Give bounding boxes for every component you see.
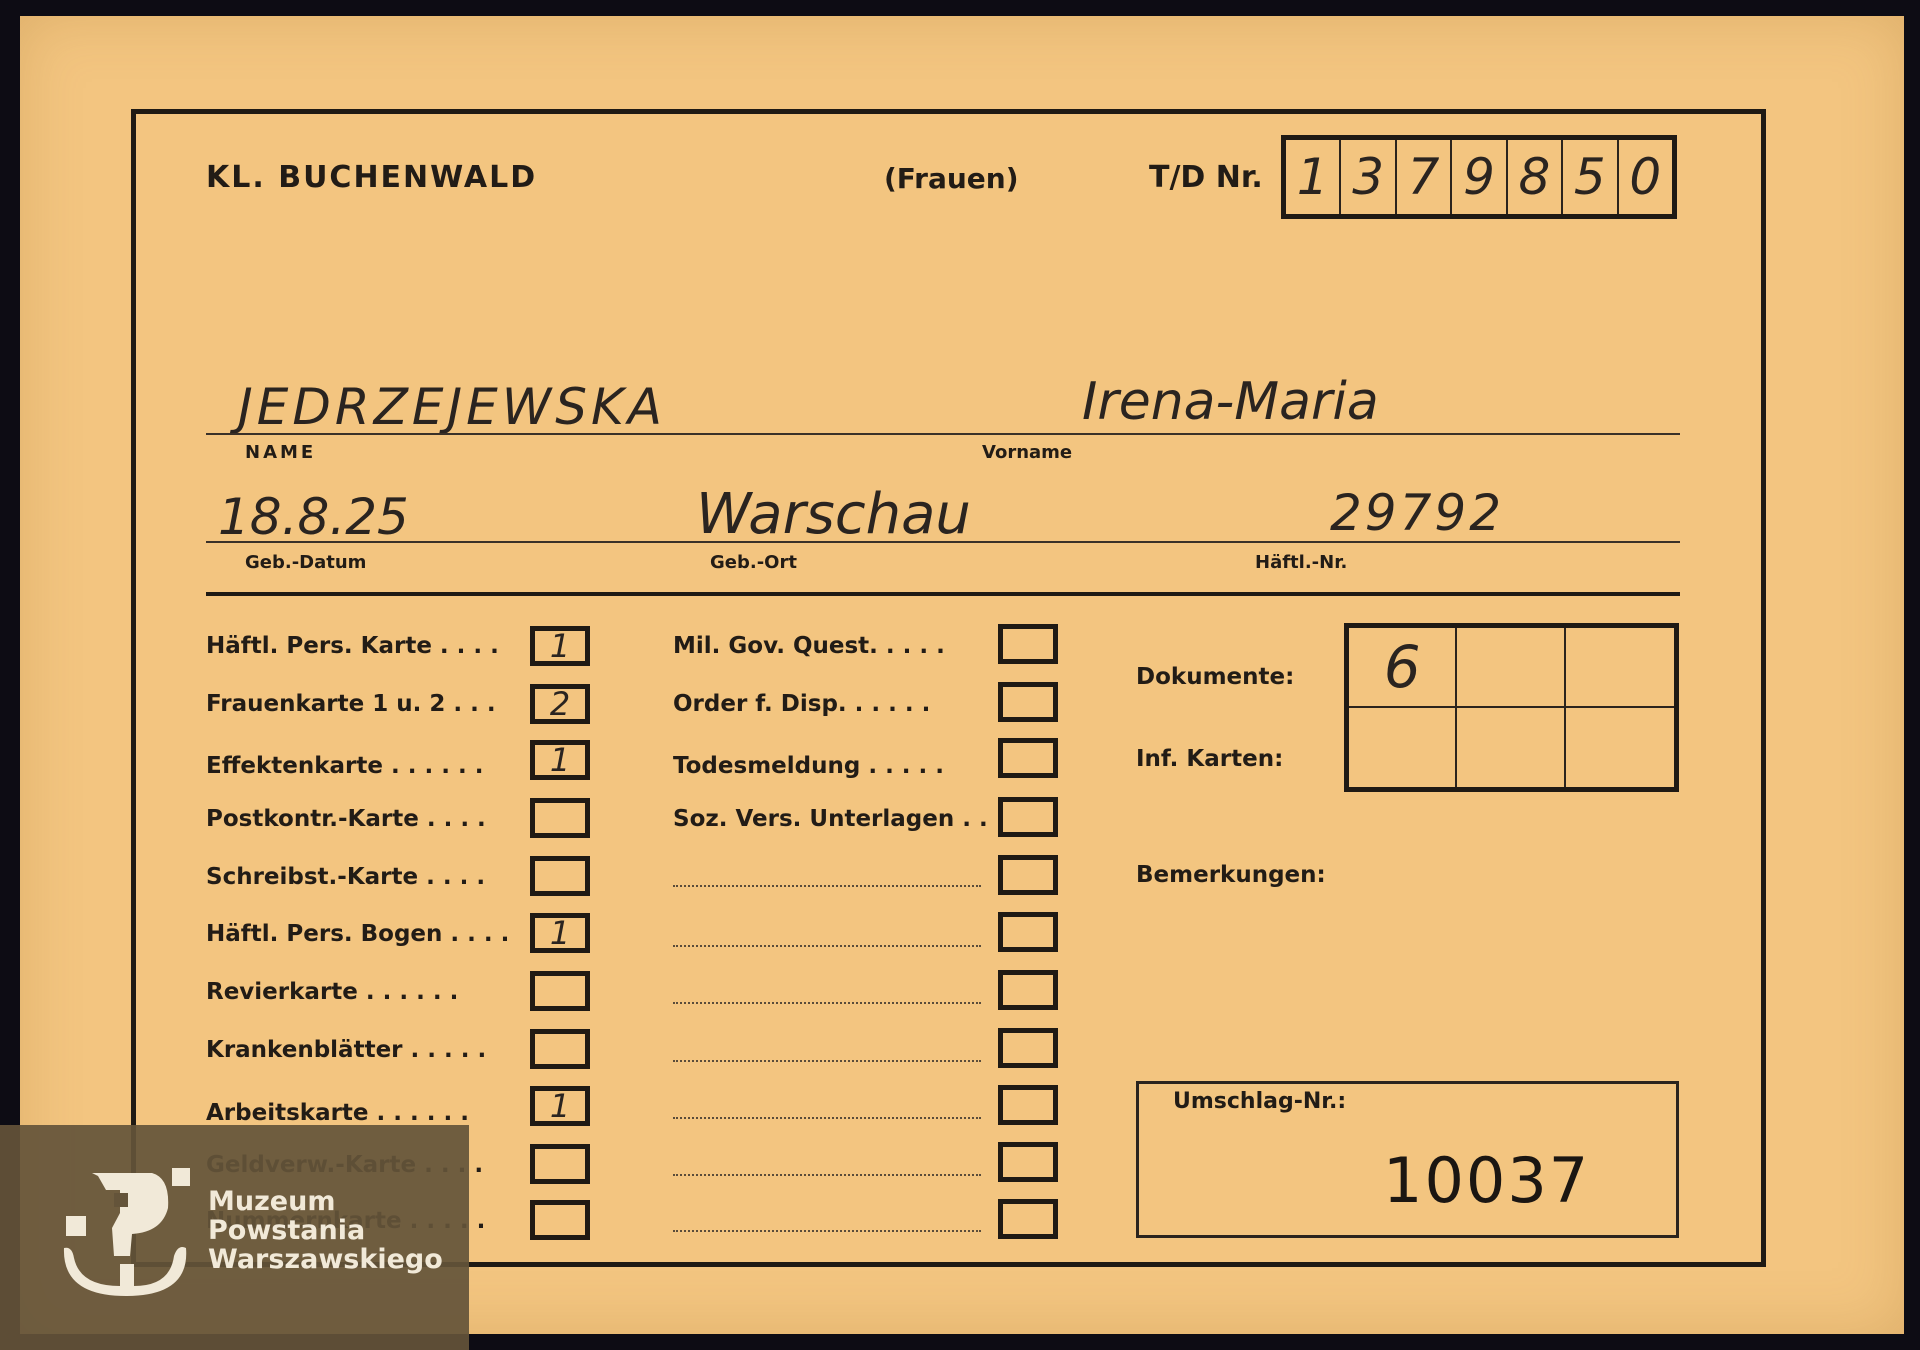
- envelope-number-label: Umschlag-Nr.:: [1173, 1089, 1346, 1114]
- item-count-box: [530, 798, 590, 838]
- item-count-box: 2: [530, 684, 590, 724]
- surname-label: NAME: [245, 442, 316, 463]
- item-label: Order f. Disp. . . . . .: [673, 691, 930, 717]
- blank-entry-line: [673, 945, 981, 947]
- item-count-box: 1: [530, 740, 590, 780]
- item-label: Revierkarte . . . . . .: [206, 979, 458, 1005]
- item-count-box: [530, 971, 590, 1011]
- td-digit: 5: [1563, 140, 1618, 214]
- td-digit: 8: [1508, 140, 1563, 214]
- item-label: Mil. Gov. Quest. . . . .: [673, 633, 945, 659]
- item-count-box: [998, 1085, 1058, 1125]
- blank-entry-line: [673, 1060, 981, 1062]
- info-cards-label: Inf. Karten:: [1136, 746, 1283, 772]
- item-count-box: [998, 682, 1058, 722]
- documents-label: Dokumente:: [1136, 664, 1294, 690]
- grid-cell: [1457, 708, 1565, 788]
- item-label: Todesmeldung . . . . .: [673, 753, 944, 779]
- museum-name-line3: Warszawskiego: [208, 1245, 443, 1274]
- blank-entry-line: [673, 1002, 981, 1004]
- birth-place-label: Geb.-Ort: [710, 552, 797, 573]
- td-digit: 0: [1619, 140, 1672, 214]
- item-label: Krankenblätter . . . . .: [206, 1037, 486, 1063]
- item-count-box: [530, 856, 590, 896]
- surname-value: JEDRZEJEWSKA: [238, 378, 666, 436]
- item-count-box: [998, 970, 1058, 1010]
- prisoner-number-value: 29792: [1330, 484, 1504, 542]
- envelope-number-value: 10037: [1383, 1144, 1590, 1217]
- item-count-box: 1: [530, 626, 590, 666]
- item-count-box: [998, 1028, 1058, 1068]
- td-digit: 7: [1397, 140, 1452, 214]
- item-count-box: [998, 797, 1058, 837]
- item-count-box: [530, 1144, 590, 1184]
- td-digit: 9: [1452, 140, 1507, 214]
- birth-date-value: 18.8.25: [218, 488, 409, 546]
- item-count-box: 1: [530, 913, 590, 953]
- td-digit: 3: [1341, 140, 1396, 214]
- blank-entry-line: [673, 1117, 981, 1119]
- item-count-box: [998, 738, 1058, 778]
- item-label: Arbeitskarte . . . . . .: [206, 1100, 469, 1126]
- museum-name-line1: Muzeum: [208, 1187, 443, 1216]
- grid-cell: [1566, 708, 1674, 788]
- item-count-box: [998, 624, 1058, 664]
- kotwica-anchor-logo-icon: [62, 1168, 192, 1298]
- first-name-label: Vorname: [982, 442, 1072, 463]
- item-count-box: [530, 1200, 590, 1240]
- td-digit: 1: [1286, 140, 1341, 214]
- name-rule: [206, 433, 1680, 435]
- item-label: Häftl. Pers. Karte . . . .: [206, 633, 499, 659]
- blank-entry-line: [673, 885, 981, 887]
- item-label: Häftl. Pers. Bogen . . . .: [206, 921, 509, 947]
- camp-title: KL. BUCHENWALD: [206, 160, 537, 195]
- first-name-value: Irena-Maria: [1082, 372, 1379, 432]
- category-label: (Frauen): [884, 162, 1019, 195]
- item-count-box: [530, 1029, 590, 1069]
- birth-place-value: Warschau: [696, 482, 971, 547]
- item-label: Frauenkarte 1 u. 2 . . .: [206, 691, 496, 717]
- birth-rule: [206, 541, 1680, 543]
- documents-count-grid: 6: [1344, 623, 1679, 792]
- museum-name: Muzeum Powstania Warszawskiego: [208, 1187, 443, 1274]
- grid-cell: [1457, 628, 1565, 708]
- item-label: Postkontr.-Karte . . . .: [206, 806, 486, 832]
- blank-entry-line: [673, 1230, 981, 1232]
- item-count-box: [998, 1199, 1058, 1239]
- envelope-number-box: Umschlag-Nr.: 10037: [1136, 1081, 1679, 1238]
- prisoner-number-label: Häftl.-Nr.: [1255, 552, 1347, 573]
- item-count-box: [998, 912, 1058, 952]
- item-label: Effektenkarte . . . . . .: [206, 753, 483, 779]
- museum-name-line2: Powstania: [208, 1216, 443, 1245]
- blank-entry-line: [673, 1174, 981, 1176]
- section-divider: [206, 592, 1680, 596]
- remarks-label: Bemerkungen:: [1136, 862, 1326, 888]
- birth-date-label: Geb.-Datum: [245, 552, 366, 573]
- grid-cell: [1349, 708, 1457, 788]
- item-label: Soz. Vers. Unterlagen . .: [673, 806, 988, 832]
- grid-cell: 6: [1349, 628, 1457, 708]
- item-count-box: [998, 855, 1058, 895]
- td-number-label: T/D Nr.: [1149, 160, 1263, 195]
- td-number-box: 1 3 7 9 8 5 0: [1281, 135, 1677, 219]
- grid-cell: [1566, 628, 1674, 708]
- item-label: Schreibst.-Karte . . . .: [206, 864, 485, 890]
- item-count-box: 1: [530, 1086, 590, 1126]
- item-count-box: [998, 1142, 1058, 1182]
